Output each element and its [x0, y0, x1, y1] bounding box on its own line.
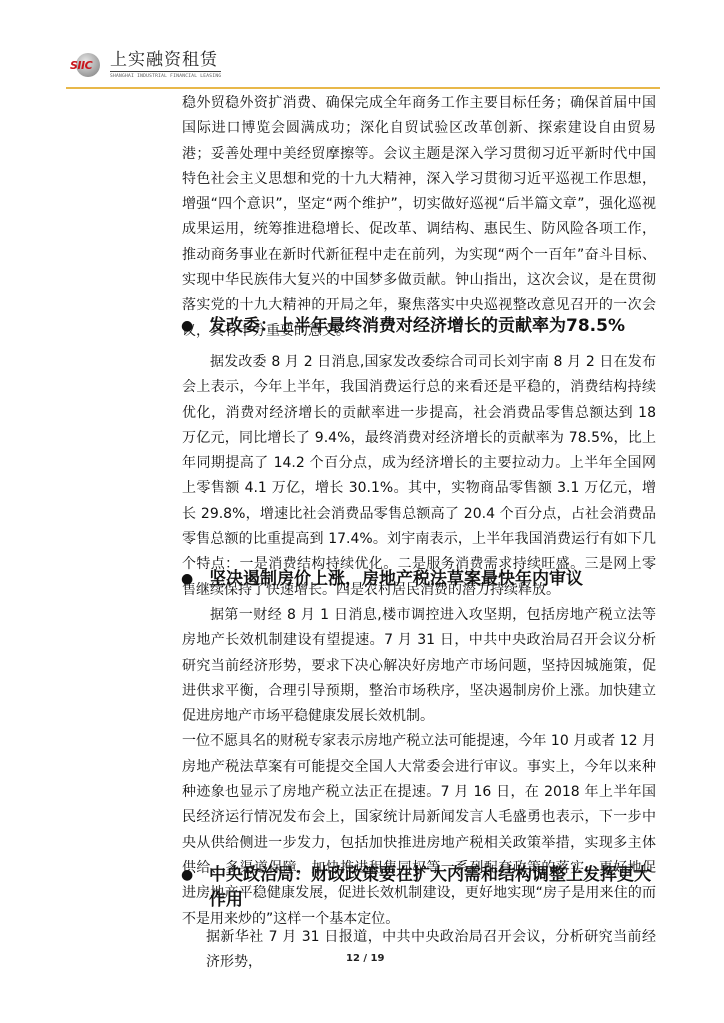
paragraph: 稳外贸稳外资扩消费、确保完成全年商务工作主要目标任务；确保首届中国国际进口博览会…	[182, 91, 656, 344]
company-logo: SIIC 上实融资租赁 SHANGHAI INDUSTRIAL FINANCIA…	[70, 50, 221, 79]
logo-chinese-name: 上实融资租赁	[110, 50, 221, 72]
paragraph: 据第一财经 8 月 1 日消息,楼市调控进入攻坚期，包括房地产税立法等房地产长效…	[182, 603, 656, 729]
heading-text: 发改委：上半年最终消费对经济增长的贡献率为78.5%	[209, 314, 661, 339]
section-body-politburo: 据新华社 7 月 31 日报道，中共中央政治局召开会议，分析研究当前经济形势，	[206, 925, 656, 976]
section-body-ndrc: 据发改委 8 月 2 日消息,国家发改委综合司司长刘宇南 8 月 2 日在发布会…	[182, 350, 656, 603]
continuation-paragraph: 稳外贸稳外资扩消费、确保完成全年商务工作主要目标任务；确保首届中国国际进口博览会…	[182, 91, 656, 344]
page-number: 12 / 19	[346, 953, 384, 964]
section-heading-property-tax: ● 坚决遏制房价上涨，房地产税法草案最快年内审议	[183, 567, 661, 592]
paragraph: 据新华社 7 月 31 日报道，中共中央政治局召开会议，分析研究当前经济形势，	[206, 925, 656, 976]
bullet-icon: ●	[181, 863, 193, 888]
heading-text: 坚决遏制房价上涨，房地产税法草案最快年内审议	[209, 567, 661, 592]
logo-mark-text: SIIC	[70, 59, 92, 72]
siic-logo-icon: SIIC	[70, 53, 106, 77]
bullet-icon: ●	[181, 567, 193, 592]
paragraph: 据发改委 8 月 2 日消息,国家发改委综合司司长刘宇南 8 月 2 日在发布会…	[182, 350, 656, 603]
section-heading-politburo: ● 中央政治局：财政政策要在扩大内需和结构调整上发挥更大作用	[183, 863, 661, 913]
header-divider	[66, 87, 660, 89]
logo-english-name: SHANGHAI INDUSTRIAL FINANCIAL LEASING	[110, 74, 221, 79]
section-heading-ndrc: ● 发改委：上半年最终消费对经济增长的贡献率为78.5%	[183, 314, 661, 339]
page-header: SIIC 上实融资租赁 SHANGHAI INDUSTRIAL FINANCIA…	[66, 48, 660, 90]
heading-text: 中央政治局：财政政策要在扩大内需和结构调整上发挥更大作用	[209, 863, 661, 913]
bullet-icon: ●	[181, 314, 193, 339]
logo-text: 上实融资租赁 SHANGHAI INDUSTRIAL FINANCIAL LEA…	[110, 50, 221, 79]
